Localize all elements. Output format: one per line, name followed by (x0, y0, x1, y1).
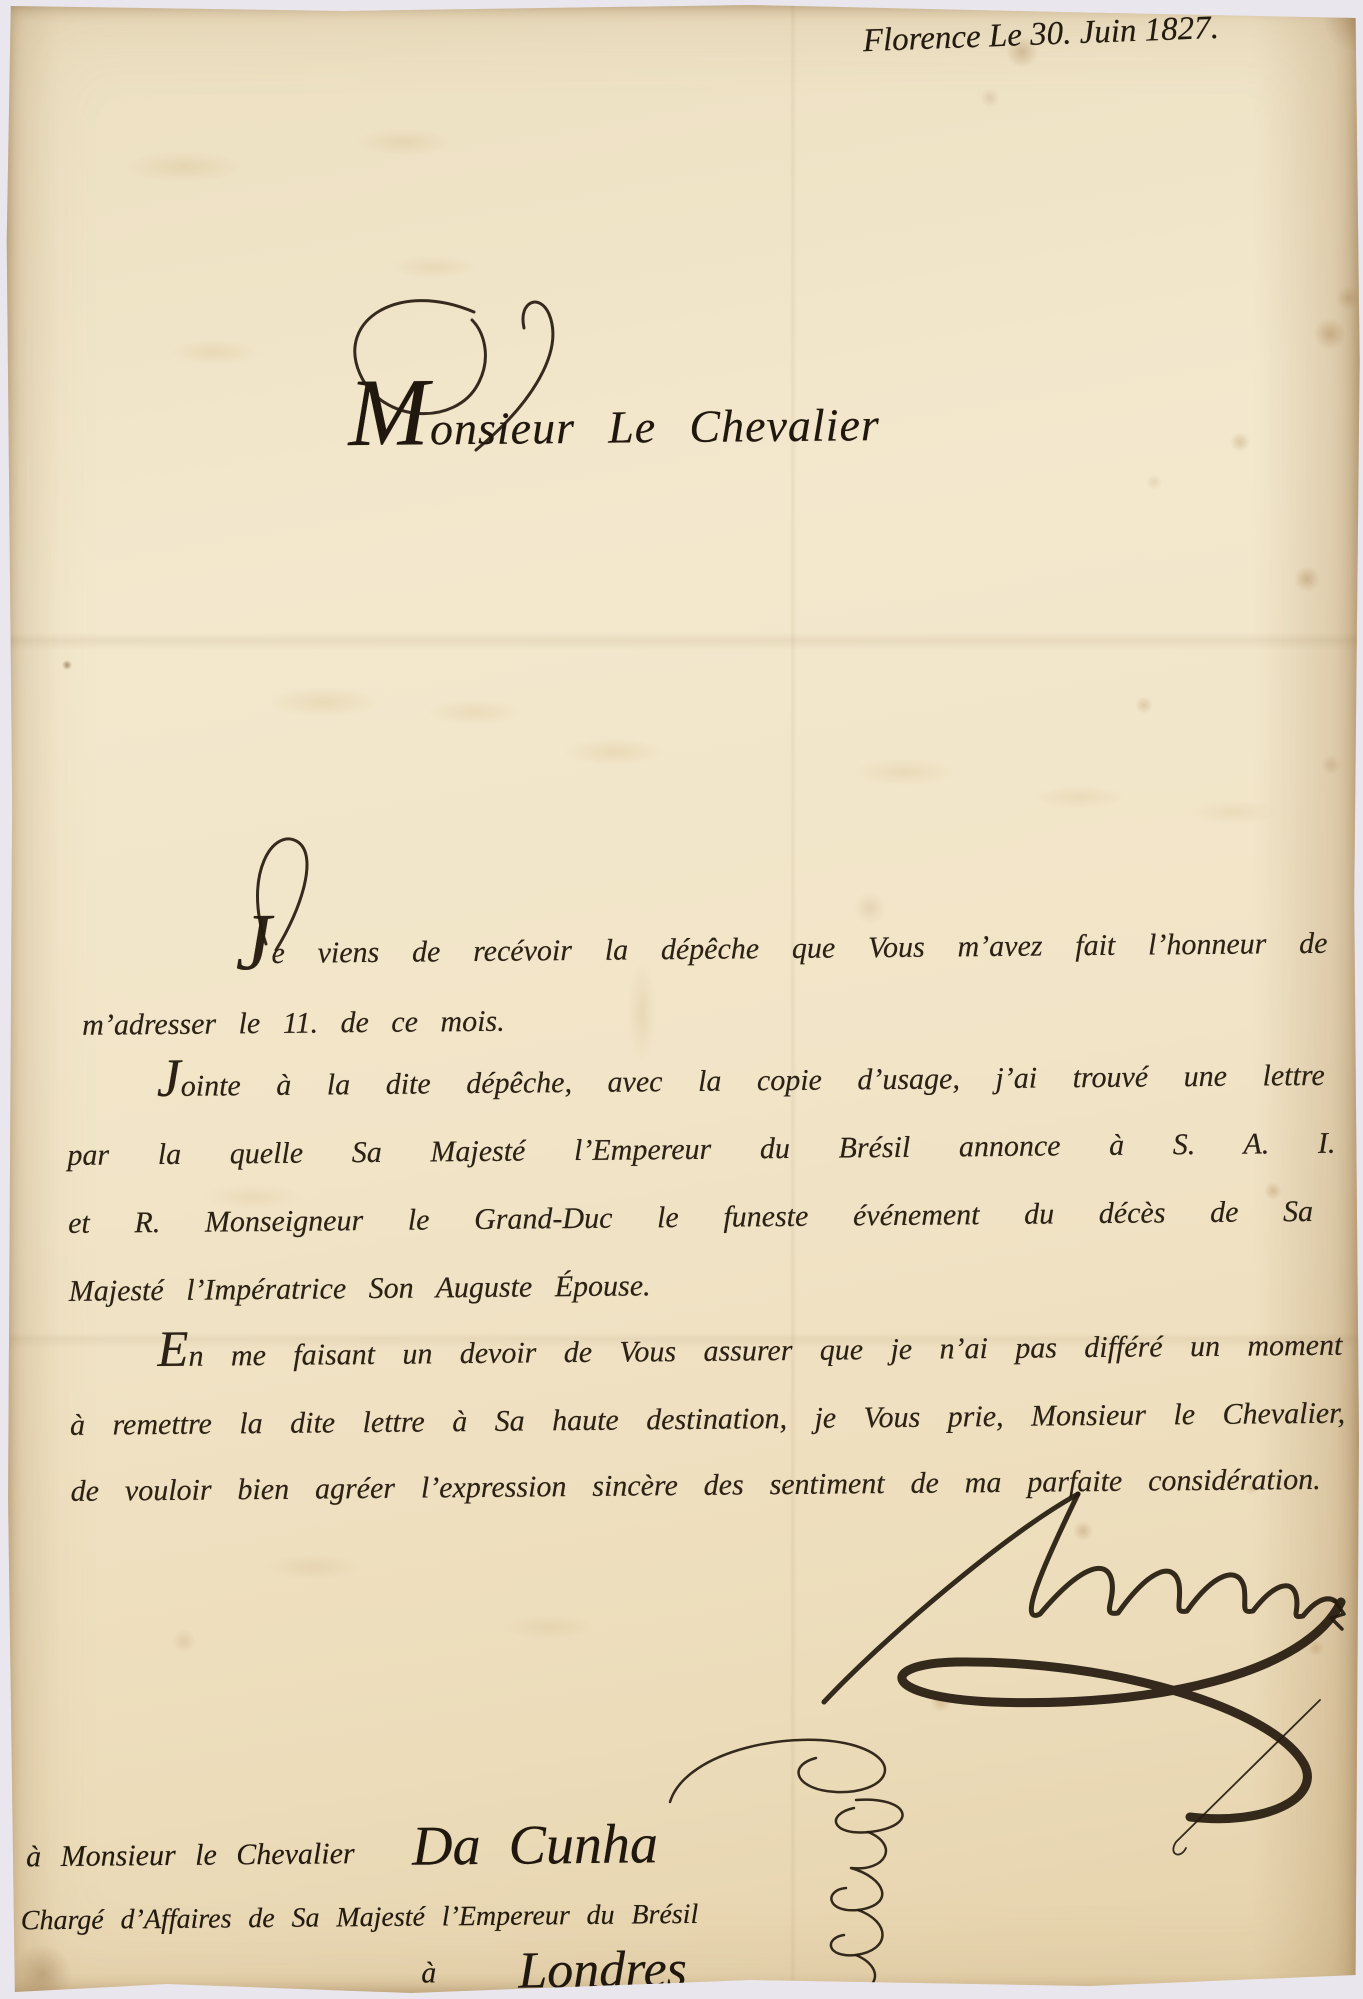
address-city: Londres (518, 1940, 687, 1999)
body-line-6: Majesté l’Impératrice Son Auguste Épouse… (69, 1268, 651, 1310)
handwriting-layer: Florence Le 30. Juin 1827. Monsieur Le C… (0, 0, 1363, 1999)
address-line-1: à Monsieur le Chevalier (26, 1837, 355, 1874)
address-line-3-prefix: à (421, 1956, 436, 1990)
body-line-3: Jointe à la dite dépêche, avec la copie … (157, 1058, 1325, 1105)
scanned-letter: Florence Le 30. Juin 1827. Monsieur Le C… (0, 0, 1363, 1999)
dateline: Florence Le 30. Juin 1827. (862, 10, 1219, 60)
body-line-1: Je viens de recévoir la dépêche que Vous… (235, 926, 1327, 972)
body-line-2: m’adresser le 11. de ce mois. (82, 1004, 505, 1044)
body-line-4: par la quelle Sa Majesté l’Empereur du B… (67, 1126, 1335, 1174)
addressee-name: Da Cunha (412, 1812, 658, 1878)
body-line-9: de vouloir bien agréer l’expression sinc… (71, 1462, 1321, 1510)
letter-paper: Florence Le 30. Juin 1827. Monsieur Le C… (4, 2, 1361, 1997)
body-line-5: et R. Monseigneur le Grand-Duc le funest… (68, 1194, 1313, 1242)
salutation: Monsieur Le Chevalier (348, 398, 880, 456)
body-line-7: En me faisant un devoir de Vous assurer … (157, 1328, 1342, 1375)
address-line-2: Chargé d’Affaires de Sa Majesté l’Empere… (21, 1899, 699, 1938)
body-line-8: à remettre la dite lettre à Sa haute des… (70, 1396, 1345, 1444)
